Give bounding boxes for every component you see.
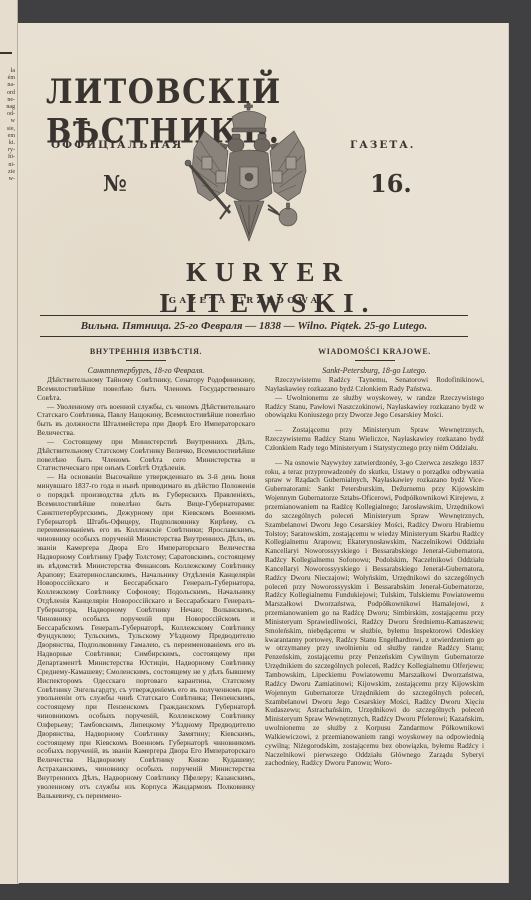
paragraph: — Uwolnionemu ze służby woyskowey, w ran… — [265, 394, 484, 421]
column-polish: WIADOMOŚCI KRAJOWE. Sankt-Petersburg, 18… — [265, 345, 484, 768]
official-label: ОФФИЦІАЛЬНАЯ — [51, 139, 183, 151]
paragraph: — На основаніи Высочайше утвержденнаго в… — [37, 473, 255, 800]
adjacent-page-strip: łaém na-ord ne-nag od-w sie,em ki.ry- ﬁi… — [0, 0, 18, 884]
double-headed-eagle-icon — [180, 101, 318, 253]
section-divider — [126, 360, 166, 361]
paragraph: — Уволенному отъ военной службы, съ чино… — [37, 403, 255, 438]
adjacent-page-rule — [0, 52, 12, 54]
dateline: Вильна. Пятница. 25-го Февраля — 1838 — … — [40, 320, 468, 332]
place-date-polish: Sankt-Petersburg, 18-go Lutego. — [265, 366, 484, 375]
article-russian: Дѣйствительному Тайному Совѣтнику, Сенат… — [37, 376, 255, 801]
gazeta-label: ГАЗЕТА. — [350, 139, 415, 151]
masthead-title-polish: KURYER LITEWSKI. — [73, 257, 463, 319]
paragraph: Дѣйствительному Тайному Совѣтнику, Сенат… — [37, 376, 255, 403]
masthead-subtitle-polish: GAZETA URZĘDOWA. — [128, 296, 368, 306]
paragraph: — Состоящему при Министерствѣ Внутренних… — [37, 438, 255, 473]
column-russian: ВНУТРЕННІЯ ИЗВѢСТІЯ. Санктпетербургъ, 18… — [37, 345, 255, 801]
article-polish: Rzeczywistemu Radźcy Taynemu, Senatorowi… — [265, 376, 484, 768]
paragraph: Rzeczywistemu Radźcy Taynemu, Senatorowi… — [265, 376, 484, 394]
newspaper-page: ЛИТОВСКІЙ ВѢСТНИКЪ. ОФФИЦІАЛЬНАЯ ГАЗЕТА.… — [18, 23, 508, 883]
number-sign: № — [103, 171, 127, 197]
dateline-rule-top — [40, 315, 468, 318]
paragraph: — Na osnowie Naywyżey zatwierdzonéy, 3-g… — [265, 459, 484, 769]
adjacent-page-text: łaém na-ord ne-nag od-w sie,em ki.ry- ﬁi… — [1, 68, 15, 183]
section-divider — [355, 360, 395, 361]
paragraph: — Zostającemu przy Ministeryum Spraw Wew… — [265, 426, 484, 453]
issue-number: 16. — [370, 169, 412, 198]
dateline-rule-bottom — [40, 336, 468, 339]
section-title-polish: WIADOMOŚCI KRAJOWE. — [265, 347, 484, 356]
section-title-russian: ВНУТРЕННІЯ ИЗВѢСТІЯ. — [37, 347, 255, 356]
place-date-russian: Санктпетербургъ, 18-го Февраля. — [37, 366, 255, 375]
